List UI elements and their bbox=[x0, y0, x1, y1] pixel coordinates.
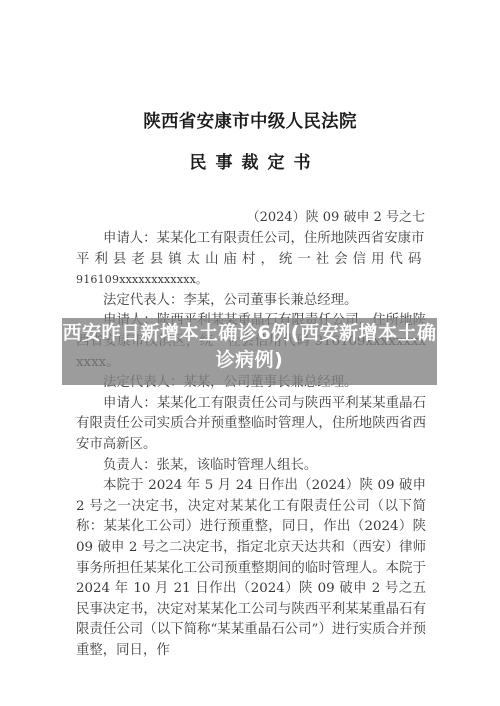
case-number: （2024）陕 09 破申 2 号之七 bbox=[247, 206, 425, 225]
paragraph-line: 平利县老县镇太山庙村，统一社会信用代码 bbox=[76, 250, 426, 271]
document-body: 申请人：某某化工有限责任公司，住所地陕西省安康市 平利县老县镇太山庙村，统一社会… bbox=[76, 229, 426, 661]
paragraph-line: 916109xxxxxxxxxxxx。 bbox=[76, 270, 426, 291]
paragraph-legal-rep-1: 法定代表人：李某，公司董事长兼总经理。 bbox=[76, 291, 426, 312]
document-type-title: 民事裁定书 bbox=[0, 148, 500, 173]
headline-text: 西安昨日新增本土确诊6例(西安新增本土确诊病例) bbox=[62, 320, 437, 374]
document-page: 陕西省安康市中级人民法院 民事裁定书 （2024）陕 09 破申 2 号之七 申… bbox=[0, 0, 500, 706]
court-name: 陕西省安康市中级人民法院 bbox=[0, 108, 500, 133]
paragraph-applicant-3: 申请人：某某化工有限责任公司与陕西平利某某重晶石有限责任公司实质合并预重整临时管… bbox=[76, 394, 426, 456]
paragraph-line: 申请人：某某化工有限责任公司，住所地陕西省安康市 bbox=[76, 229, 426, 250]
paragraph-court-ruling: 本院于 2024 年 5 月 24 日作出（2024）陕 09 破申 2 号之一… bbox=[76, 476, 426, 661]
paragraph-responsible-person: 负责人：张某，该临时管理人组长。 bbox=[76, 456, 426, 477]
paragraph-applicant-1: 申请人：某某化工有限责任公司，住所地陕西省安康市 平利县老县镇太山庙村，统一社会… bbox=[76, 229, 426, 291]
